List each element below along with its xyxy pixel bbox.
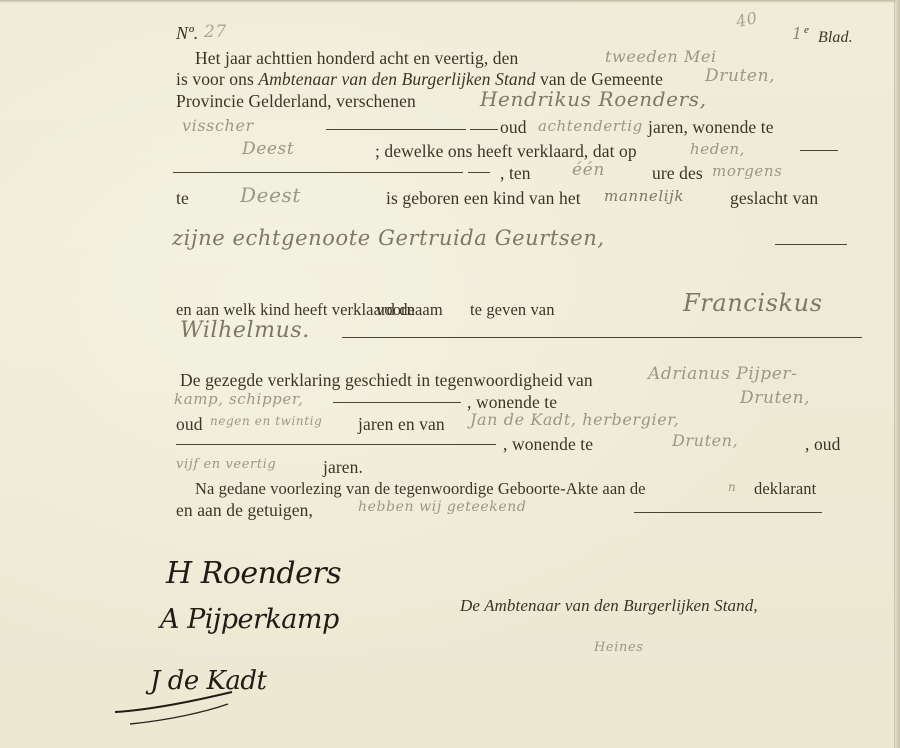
line-7-geslacht: geslacht van <box>730 188 818 208</box>
fill-rule <box>775 244 847 245</box>
line-13-oud: oud <box>176 414 203 434</box>
line-16-correction: n <box>728 480 736 494</box>
declarant-residence: Deest <box>242 139 294 159</box>
line-14-oud: , oud <box>805 434 841 454</box>
line-7-te: te <box>176 188 189 208</box>
line-9-voornaam: voornaam <box>376 300 443 320</box>
line-4-printed: jaren, wonende te <box>648 117 774 137</box>
line-2-text-c: van de Gemeente <box>540 69 663 89</box>
fill-rule <box>800 150 838 151</box>
line-9-printed-c: te geven van <box>470 300 555 320</box>
line-16-deklarant: deklarant <box>754 479 816 499</box>
line-5-printed: ; dewelke ons heeft verklaard, dat op <box>375 141 637 161</box>
record-number-value: 27 <box>204 22 227 42</box>
line-1-date: tweeden Mei <box>605 47 717 66</box>
witness-2-signature: J de Kadt <box>150 666 267 696</box>
line-6-ten: , ten <box>500 163 531 183</box>
declarant-occupation: visscher <box>182 116 254 135</box>
line-12-printed: , wonende te <box>467 392 557 412</box>
line-13-printed: jaren en van <box>358 414 445 434</box>
fill-rule <box>470 129 498 130</box>
child-sex: mannelijk <box>604 187 684 205</box>
line-2-text-b: Ambtenaar van den Burgerlijken Stand <box>258 69 535 89</box>
official-signature: Heines <box>594 640 644 655</box>
birth-day: heden, <box>690 140 745 158</box>
fill-rule <box>326 129 466 130</box>
fill-rule <box>173 172 463 173</box>
number-label: Nº. <box>176 23 198 43</box>
witness-2-age: vijf en veertig <box>176 457 276 472</box>
line-4-oud: oud <box>500 117 527 137</box>
fill-rule <box>634 512 822 513</box>
official-label: De Ambtenaar van den Burgerlijken Stand, <box>460 596 758 616</box>
witness-2-residence: Druten, <box>672 431 738 450</box>
record-number-label: Nº. <box>176 23 198 43</box>
page-right-edge <box>894 0 900 748</box>
fill-rule <box>333 402 461 403</box>
signature-flourish-icon <box>110 690 240 730</box>
signing-statement: hebben wij geteekend <box>358 499 526 515</box>
witness-1-signature: A Pijperkamp <box>160 604 339 635</box>
mother-name: zijne echtgenoote Gertruida Geurtsen, <box>172 226 605 250</box>
line-7-printed: is geboren een kind van het <box>386 188 581 208</box>
birth-hour: één <box>572 160 605 180</box>
witness-2-name: Jan de Kadt, herbergier, <box>470 410 679 429</box>
birth-time-of-day: morgens <box>712 162 782 180</box>
sheet-number: 1 <box>792 24 803 43</box>
witness-1-residence: Druten, <box>740 388 810 408</box>
line-2-text-a: is voor ons <box>176 69 254 89</box>
folio-mark: 40 <box>734 8 759 31</box>
page-top-edge <box>0 0 900 3</box>
line-11-printed: De gezegde verklaring geschiedt in tegen… <box>180 370 593 390</box>
fill-rule <box>176 444 496 445</box>
sheet-superscript: e <box>804 20 809 40</box>
line-2-municipality: Druten, <box>705 66 775 86</box>
line-2-printed: is voor ons Ambtenaar van den Burgerlijk… <box>176 69 663 89</box>
line-6-ure-des: ure des <box>652 163 703 183</box>
line-16-printed: Na gedane voorlezing van de tegenwoordig… <box>195 479 646 499</box>
birth-place: Deest <box>240 183 301 207</box>
civil-register-page: Nº. 27 40 1 e Blad. Het jaar achttien ho… <box>0 0 900 748</box>
declarant-age: achtendertig <box>538 117 643 135</box>
child-first-name-1: Franciskus <box>683 289 823 317</box>
child-first-name-2: Wilhelmus. <box>180 318 310 343</box>
line-3-printed: Provincie Gelderland, verschenen <box>176 91 416 111</box>
sheet-label: Blad. <box>818 28 853 48</box>
fill-rule <box>468 172 490 173</box>
line-17-printed: en aan de getuigen, <box>176 500 313 520</box>
witness-1-age: negen en twintig <box>210 414 322 428</box>
witness-1-name: Adrianus Pijper- <box>648 364 797 384</box>
witness-1-occupation: kamp, schipper, <box>174 390 303 408</box>
line-15-jaren: jaren. <box>323 457 363 477</box>
fill-rule <box>342 337 862 338</box>
line-14-printed: , wonende te <box>503 434 593 454</box>
declarant-name: Hendrikus Roenders, <box>480 87 707 111</box>
declarant-signature: H Roenders <box>166 556 341 591</box>
line-1-printed: Het jaar achttien honderd acht en veerti… <box>195 48 518 68</box>
